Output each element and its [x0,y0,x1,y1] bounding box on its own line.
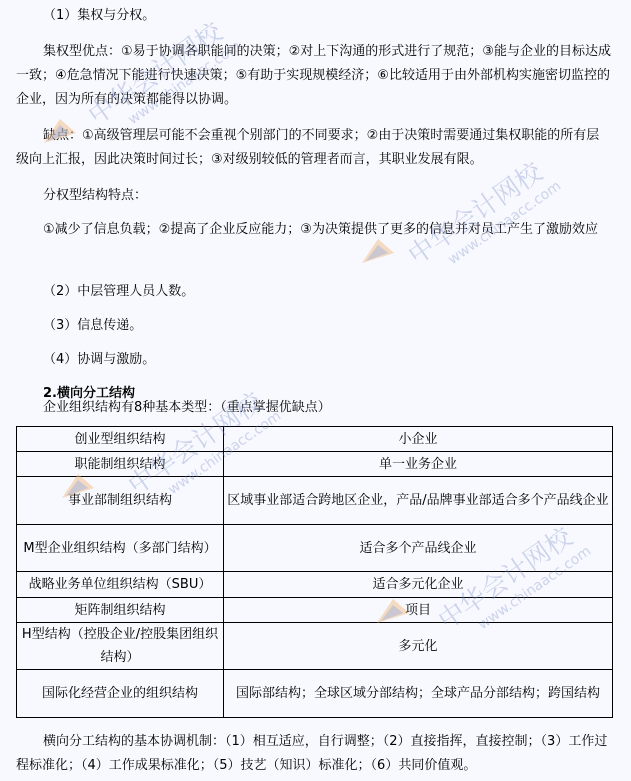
section-1-title: （1）集权与分权。 [16,4,631,28]
decentralized-heading: 分权型结构特点： [16,184,612,208]
table-row: 矩阵制组织结构 项目 [17,598,613,623]
applicable-cell: 适合多个产品线企业 [224,525,613,572]
centralized-advantages-paragraph: 集权型优点：①易于协调各职能间的决策；②对上下沟通的形式进行了规范；③能与企业的… [16,40,612,112]
item-2: （2）中层管理人员人数。 [16,280,631,304]
applicable-cell: 区域事业部适合跨地区企业，产品/品牌事业部适合多个产品线企业 [224,477,613,525]
structure-cell: M型企业组织结构（多部门结构） [17,525,224,572]
table-row: 战略业务单位组织结构（SBU） 适合多元化企业 [17,572,613,598]
applicable-cell: 项目 [224,598,613,623]
applicable-cell: 适合多元化企业 [224,572,613,598]
structure-cell: 矩阵制组织结构 [17,598,224,623]
applicable-cell: 国际部结构；全球区域分部结构；全球产品分部结构；跨国结构 [224,670,613,718]
applicable-cell: 多元化 [224,623,613,670]
table-row: 国际化经营企业的组织结构 国际部结构；全球区域分部结构；全球产品分部结构；跨国结… [17,670,613,718]
structure-cell: 国际化经营企业的组织结构 [17,670,224,718]
applicable-cell: 小企业 [224,427,613,452]
centralized-disadvantages-paragraph: 缺点：①高级管理层可能不会重视个别部门的不同要求；②由于决策时需要通过集权职能的… [16,124,612,172]
structure-cell: 创业型组织结构 [17,427,224,452]
item-3: （3）信息传递。 [16,314,631,338]
decentralized-features-paragraph: ①减少了信息负载；②提高了企业反应能力；③为决策提供了更多的信息并对员工产生了激… [16,218,612,242]
structure-cell: H型结构（控股企业/控股集团组织结构） [17,623,224,670]
org-structure-table: 创业型组织结构 小企业 职能制组织结构 单一业务企业 事业部制组织结构 区域事业… [16,426,613,718]
coordination-mechanisms-paragraph: 横向分工结构的基本协调机制：（1）相互适应，自行调整；（2）直接指挥，直接控制；… [16,730,612,778]
structure-cell: 事业部制组织结构 [17,477,224,525]
table-row: 创业型组织结构 小企业 [17,427,613,452]
table-row: 事业部制组织结构 区域事业部适合跨地区企业，产品/品牌事业部适合多个产品线企业 [17,477,613,525]
table-row: 职能制组织结构 单一业务企业 [17,452,613,477]
table-row: M型企业组织结构（多部门结构） 适合多个产品线企业 [17,525,613,572]
applicable-cell: 单一业务企业 [224,452,613,477]
table-row: H型结构（控股企业/控股集团组织结构） 多元化 [17,623,613,670]
structure-cell: 职能制组织结构 [17,452,224,477]
item-4: （4）协调与激励。 [16,348,631,372]
table-intro: 企业组织结构有8种基本类型：（重点掌握优缺点） [16,396,612,420]
structure-cell: 战略业务单位组织结构（SBU） [17,572,224,598]
